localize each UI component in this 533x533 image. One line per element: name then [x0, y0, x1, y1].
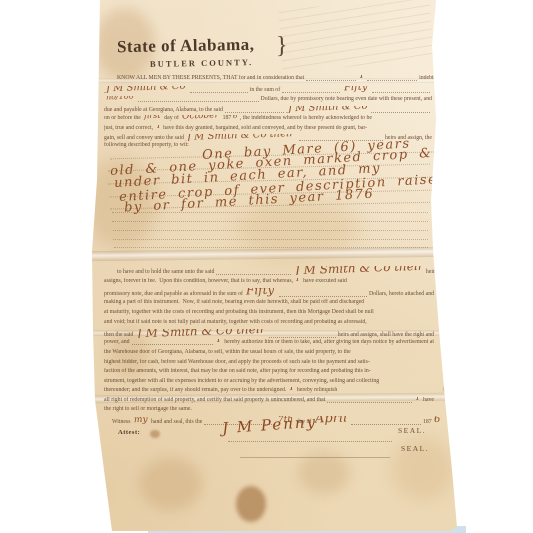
printed-text: Dollars, due by promissory note bearing …	[261, 96, 432, 102]
printed-text: strument, together with all the expenses…	[104, 378, 379, 384]
handwritten-text: I	[358, 75, 366, 79]
form-line: due and payable at Georgiana, Alabama, t…	[104, 106, 432, 113]
form-line: all right of redemption of said property…	[104, 397, 434, 403]
printed-text: Dollars, hereto attached and	[369, 291, 434, 297]
form-line: KNOW ALL MEN BY THESE PRESENTS, THAT for…	[104, 75, 445, 81]
printed-text: then the said	[104, 332, 135, 338]
handwritten-text: I	[294, 278, 301, 282]
printed-text: heirs and	[426, 269, 447, 275]
title-bracket: }	[276, 33, 288, 60]
handwritten-text: J M Smith & Co their	[135, 329, 268, 337]
dotted-blank	[351, 421, 421, 425]
form-line: the right to sell or mortgage the same.	[104, 406, 434, 412]
printed-text: heirs and assigns, shall have the right …	[338, 332, 434, 338]
handwritten-text: J M Smith & Co their	[185, 134, 296, 140]
county-subtitle: BUTLER COUNTY.	[150, 57, 253, 69]
dotted-blank	[216, 271, 291, 275]
form-line: on or before the first day of October 18…	[104, 115, 432, 121]
ruled-line	[114, 247, 428, 248]
dotted-blank	[367, 77, 417, 81]
handwritten-text: I	[215, 339, 223, 343]
form-line: J M Smith & Coin the sum ofFifty	[104, 86, 432, 93]
printed-text: hereby authorize him or them to take, an…	[223, 339, 434, 345]
dotted-blank	[225, 109, 284, 113]
attest-label: Attest:	[118, 429, 140, 436]
printed-text: power, and	[104, 339, 130, 345]
handwritten-text: no/100	[104, 96, 136, 100]
printed-text: , the indebtedness whereof is hereby ack…	[240, 115, 372, 121]
printed-text: the right to sell or mortgage the same.	[104, 406, 192, 412]
handwritten-text: my	[132, 417, 150, 423]
form-line: just, true and correct, I have this day …	[104, 125, 432, 131]
handwritten-text: J M Smith & Co	[104, 86, 188, 92]
printed-text: hand and seal, this the	[150, 419, 203, 425]
handwritten-text: J M Smith & Co	[286, 106, 370, 112]
fold-crease	[92, 247, 448, 261]
dotted-blank	[279, 293, 367, 297]
ruled-line	[113, 239, 428, 240]
handwritten-text: 6	[432, 416, 442, 422]
printed-text: on or before the	[104, 115, 142, 121]
handwritten-text: April	[313, 416, 349, 423]
form-line: making a part of this instrument. Now, i…	[104, 299, 434, 305]
dotted-blank	[306, 77, 356, 81]
form-line: and void; but if said note is not fully …	[104, 319, 434, 325]
handwritten-text: I	[288, 387, 296, 391]
handwritten-text: 6	[231, 115, 240, 119]
form-line: assigns, forever in fee. Upon this condi…	[104, 278, 434, 284]
form-line: highest bidder, for cash, before said Wa…	[104, 359, 434, 365]
printed-text: KNOW ALL MEN BY THESE PRESENTS, THAT for…	[117, 75, 304, 81]
printed-text: all right of redemption of said property…	[104, 397, 325, 403]
printed-text: due and payable at Georgiana, Alabama, t…	[104, 107, 223, 113]
printed-text: making a part of this instrument. Now, i…	[104, 299, 364, 305]
form-line: strument, together with all the expenses…	[104, 378, 434, 384]
form-line: the Warehouse door of Georgiana, Alabama…	[104, 349, 434, 355]
printed-text: Witness	[112, 419, 132, 425]
printed-text: 187	[423, 419, 432, 425]
form-line: then the said J M Smith & Co theirheirs …	[104, 329, 434, 338]
handwritten-text: Fifty	[342, 86, 370, 91]
dotted-blank	[190, 89, 248, 93]
printed-text: and void; but if said note is not fully …	[104, 319, 367, 325]
form-line: no/100Dollars, due by promissory note be…	[104, 96, 432, 102]
handwritten-text: first	[142, 115, 163, 119]
printed-text: day of	[163, 115, 181, 121]
printed-text: at maturity, together with the costs of …	[104, 309, 374, 315]
printed-text: indebted to	[419, 75, 445, 81]
paper-stain	[236, 486, 266, 522]
printed-text: faction of the amounts, with interest, t…	[104, 368, 371, 374]
handwritten-text: October	[180, 115, 221, 120]
form-line: to have and to hold the same unto the sa…	[104, 266, 447, 275]
printed-text: have	[422, 397, 434, 403]
ruled-line	[113, 230, 428, 231]
printed-text: highest bidder, for cash, before said Wa…	[104, 359, 370, 365]
printed-text: assigns, forever in fee. Upon this condi…	[104, 278, 294, 284]
printed-text: following described property, to wit:	[104, 142, 189, 148]
printed-text: in the sum of	[250, 87, 280, 93]
dotted-blank	[371, 109, 430, 113]
signature-underline	[228, 441, 392, 442]
dotted-blank	[138, 98, 259, 102]
printed-text: 187	[221, 115, 231, 121]
seal-label: SEAL.	[401, 444, 429, 453]
handwritten-text: I	[154, 125, 161, 129]
seal-label: SEAL.	[398, 426, 426, 435]
form-line: faction of the amounts, with interest, t…	[104, 368, 434, 374]
printed-text: just, true and correct,	[104, 125, 155, 131]
printed-text: gain, sell and convey unto the said	[104, 135, 185, 141]
form-line: promissory note, due and payable as afor…	[104, 288, 434, 297]
paper-stain	[150, 430, 160, 438]
printed-text: promissory note, due and payable as afor…	[104, 291, 244, 297]
paper-stain	[140, 458, 202, 510]
form-line: thereunder; and the surplus, if any shou…	[104, 387, 434, 393]
handwritten-text: I	[414, 397, 421, 401]
document-paper: State of Alabama, } BUTLER COUNTY. KNOW …	[0, 0, 533, 533]
paper-stain	[298, 452, 350, 494]
form-line: at maturity, together with the costs of …	[104, 309, 434, 315]
paper-stain	[444, 386, 450, 392]
dotted-blank	[327, 399, 412, 403]
ink-bleed-through	[278, 0, 434, 71]
document-scan-page: { "colors":{ "photo_background":"#ffffff…	[0, 0, 533, 533]
printed-text: the Warehouse door of Georgiana, Alabama…	[104, 349, 351, 355]
handwritten-text: J M Smith & Co their	[293, 266, 426, 274]
dotted-blank	[269, 334, 335, 338]
ruled-line	[112, 221, 428, 222]
printed-text: thereunder; and the surplus, if any shou…	[104, 387, 288, 393]
printed-text: hereby relinquish	[295, 387, 337, 393]
dotted-blank	[372, 89, 430, 93]
dotted-blank	[282, 89, 340, 93]
printed-text: have executed said	[302, 278, 347, 284]
printed-text: to have and to hold the same unto the sa…	[117, 269, 214, 275]
handwritten-text: Fifty	[244, 288, 276, 294]
form-line: power, andI hereby authorize him or them…	[104, 339, 434, 345]
second-signature-line	[240, 457, 390, 458]
dotted-blank	[132, 341, 214, 345]
printed-text: have this day granted, bargained, sold a…	[162, 125, 367, 131]
document-title: State of Alabama,	[117, 35, 255, 57]
